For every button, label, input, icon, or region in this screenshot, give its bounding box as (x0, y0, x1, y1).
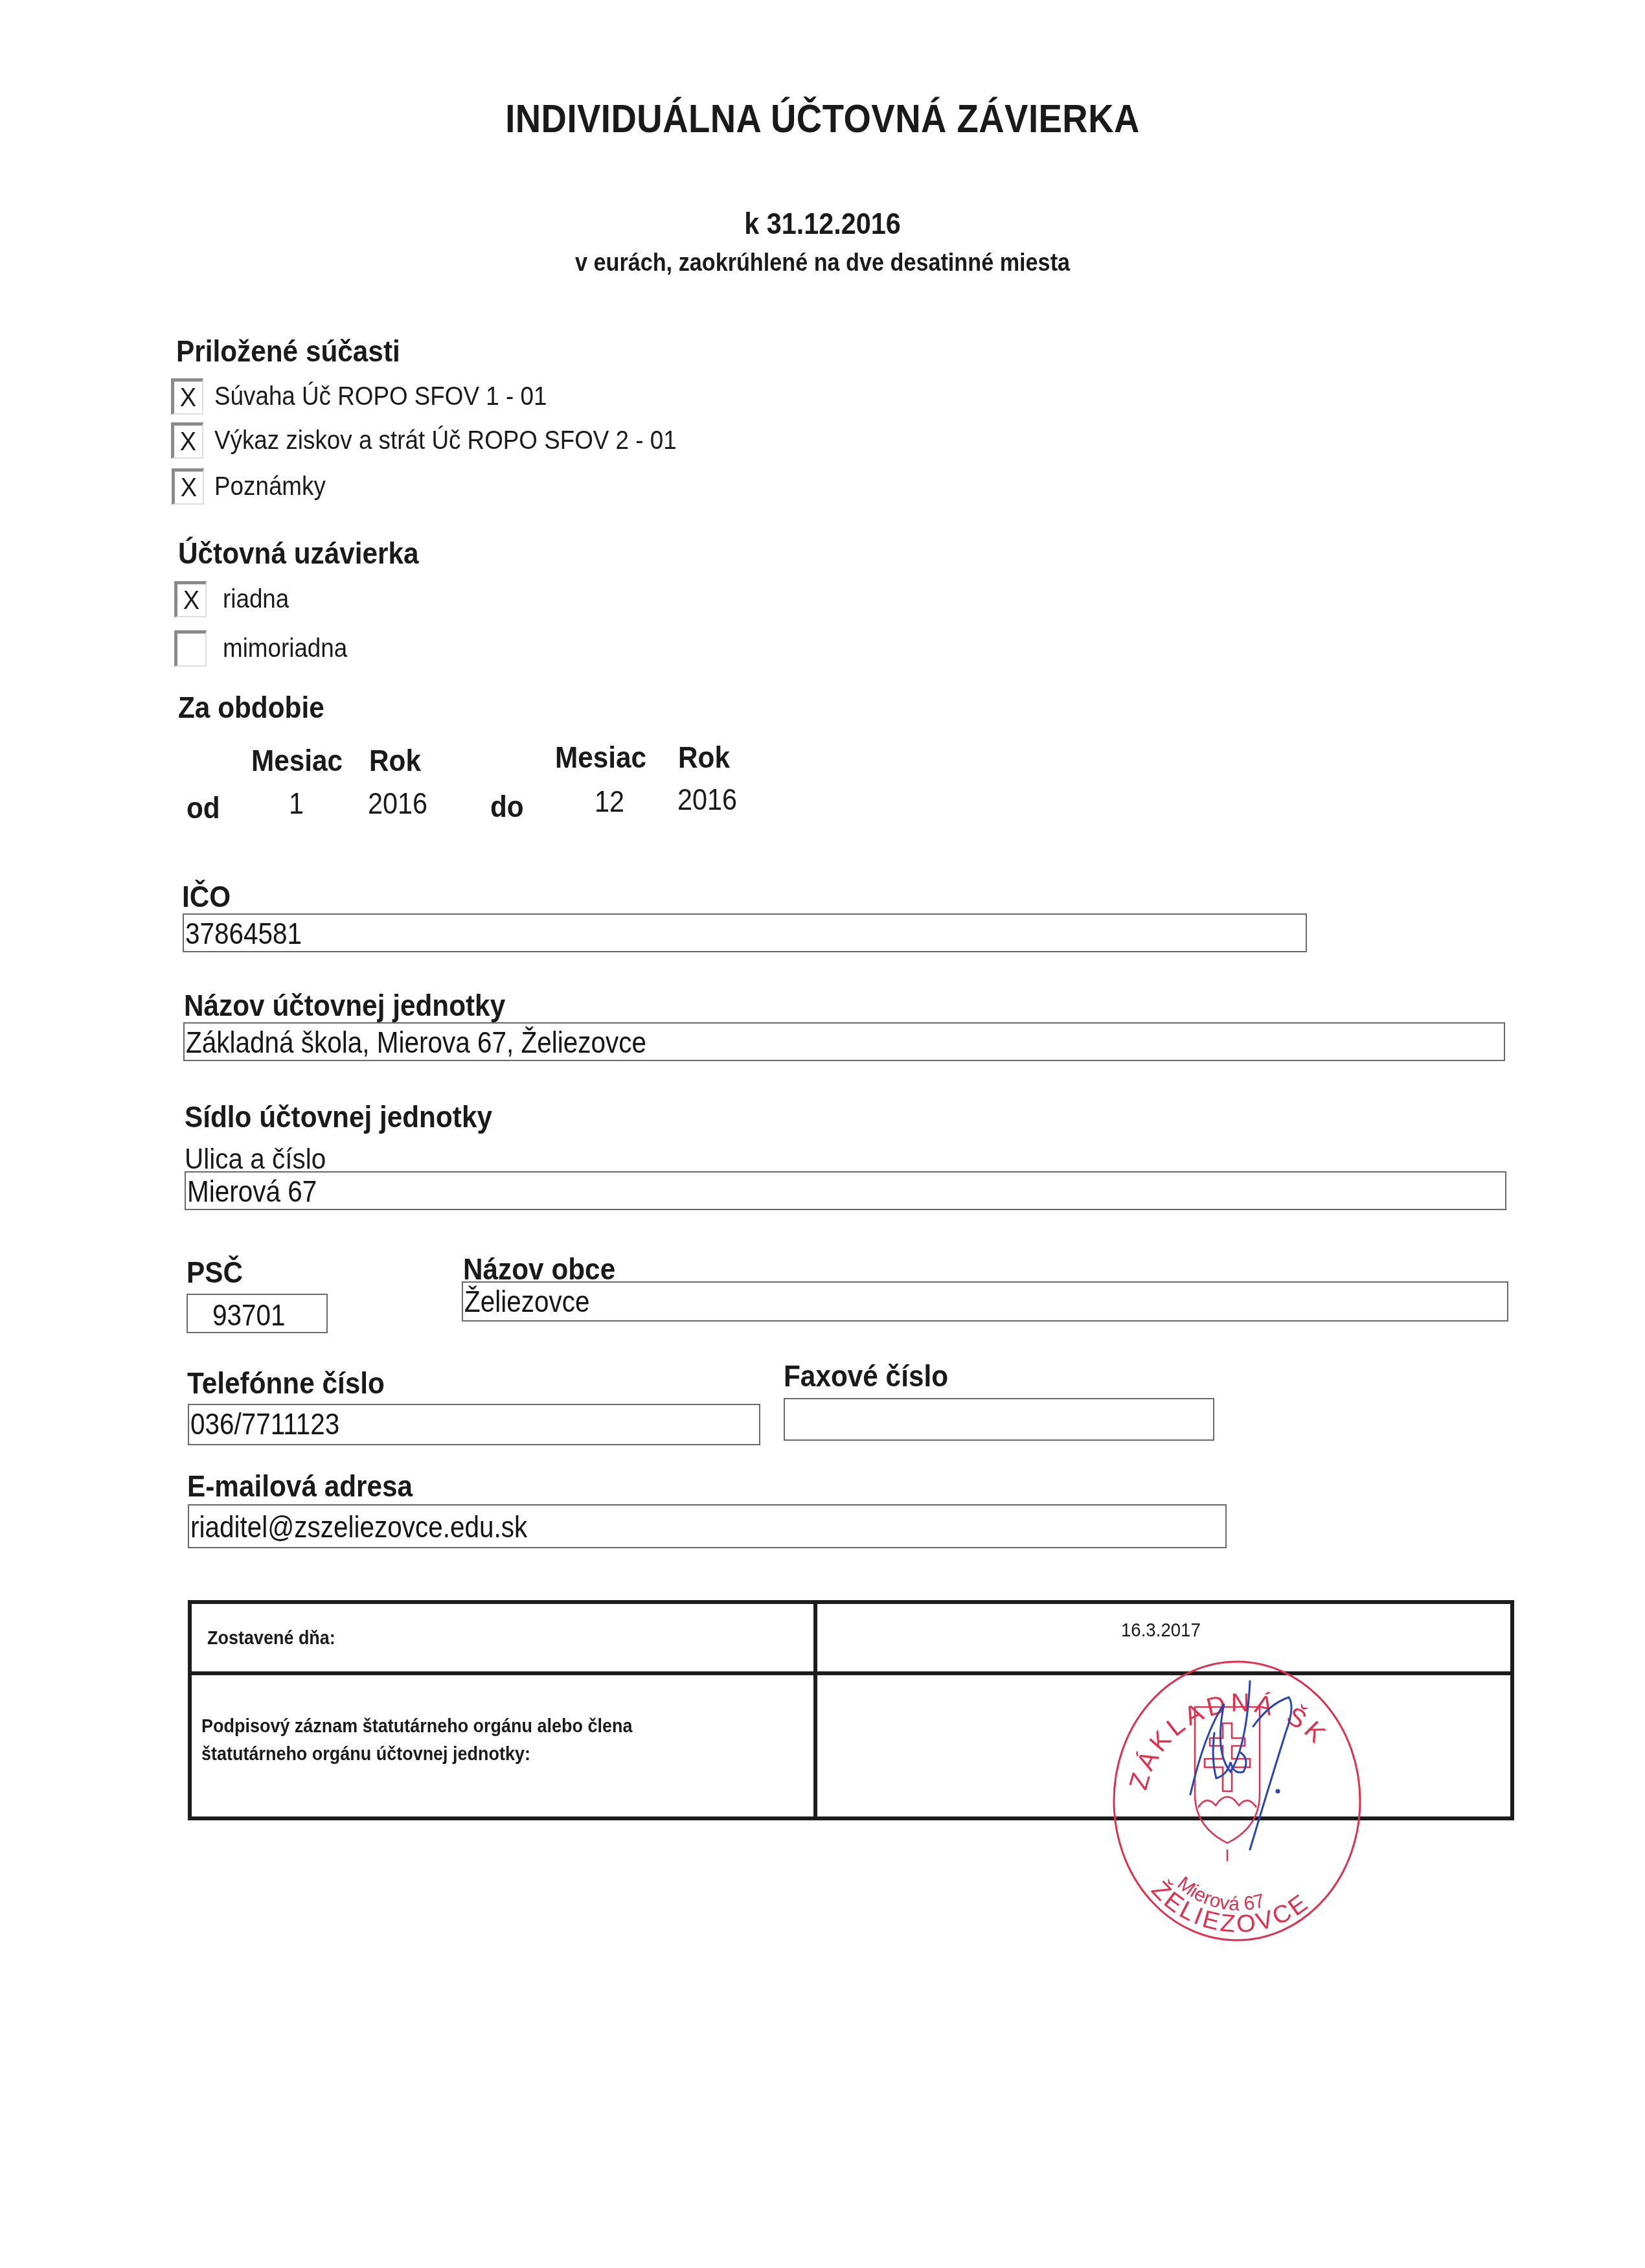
psc-value: 93701 (212, 1298, 286, 1333)
svg-text:Mierová 67: Mierová 67 (1174, 1873, 1267, 1915)
from-year-value: 2016 (368, 786, 427, 821)
psc-label: PSČ (187, 1255, 243, 1290)
ico-field[interactable]: 37864581 (183, 913, 1307, 952)
to-month-value: 12 (595, 784, 624, 819)
attachment-checkbox[interactable]: X (171, 378, 203, 415)
svg-text:ŽELIEZOVCE: ŽELIEZOVCE (1146, 1875, 1315, 1938)
regular-checkbox[interactable]: X (174, 581, 207, 617)
attachments-heading: Priložené súčasti (176, 334, 400, 369)
from-year-label: Rok (369, 743, 421, 778)
stamp-city-text: ŽELIEZOVCE (1146, 1875, 1315, 1938)
attachment-checkbox[interactable]: X (171, 422, 203, 459)
from-label: od (187, 790, 220, 825)
column-divider (813, 1604, 817, 1816)
extraordinary-checkbox[interactable] (174, 630, 207, 667)
city-value: Želiezovce (464, 1284, 589, 1319)
entity-name-label: Názov účtovnej jednotky (184, 988, 505, 1023)
city-field[interactable]: Želiezovce (462, 1281, 1508, 1322)
psc-field[interactable]: 93701 (187, 1294, 328, 1333)
entity-name-field[interactable]: Základná škola, Mierova 67, Želiezovce (183, 1022, 1505, 1061)
fax-label: Faxové číslo (784, 1358, 948, 1393)
from-month-value: 1 (289, 786, 304, 821)
currency-note: v eurách, zaokrúhlené na dve desatinné m… (82, 249, 1563, 277)
fax-field[interactable] (784, 1398, 1214, 1441)
phone-field[interactable]: 036/7711123 (188, 1404, 760, 1445)
ico-value: 37864581 (185, 916, 302, 951)
to-month-label: Mesiac (555, 740, 646, 775)
attachment-label: Poznámky (214, 472, 326, 501)
entity-name-value: Základná škola, Mierova 67, Želiezovce (186, 1025, 646, 1060)
period-heading: Za obdobie (178, 690, 324, 725)
attachment-label: Výkaz ziskov a strát Úč ROPO SFOV 2 - 01 (214, 426, 677, 455)
email-value: riaditel@zszeliezovce.edu.sk (190, 1509, 527, 1544)
to-label: do (490, 789, 524, 824)
signature-label-line2: štatutárneho orgánu účtovnej jednotky: (201, 1741, 530, 1769)
document-title: INDIVIDUÁLNA ÚČTOVNÁ ZÁVIERKA (98, 96, 1546, 142)
attachment-label: Súvaha Úč ROPO SFOV 1 - 01 (214, 382, 547, 411)
compiled-label: Zostavené dňa: (207, 1625, 335, 1653)
signature-table: Zostavené dňa: 16.3.2017 Podpisový zázna… (188, 1600, 1514, 1820)
compiled-row (192, 1604, 1510, 1675)
email-field[interactable]: riaditel@zszeliezovce.edu.sk (188, 1504, 1227, 1548)
from-month-label: Mesiac (251, 743, 343, 778)
closing-type-heading: Účtovná uzávierka (178, 536, 419, 571)
seat-label: Sídlo účtovnej jednotky (185, 1099, 492, 1134)
attachment-checkbox[interactable]: X (172, 468, 204, 505)
phone-value: 036/7711123 (190, 1406, 339, 1441)
to-year-label: Rok (678, 740, 730, 775)
compiled-date: 16.3.2017 (1121, 1620, 1201, 1642)
street-value: Mierová 67 (187, 1174, 317, 1209)
as-of-date: k 31.12.2016 (82, 206, 1563, 241)
signature-label-line1: Podpisový záznam štatutárneho orgánu ale… (201, 1713, 632, 1741)
phone-label: Telefónne číslo (187, 1366, 385, 1401)
regular-label: riadna (223, 585, 289, 614)
extraordinary-label: mimoriadna (223, 634, 347, 663)
ico-label: IČO (182, 879, 231, 914)
stamp-street-text: Mierová 67 (1174, 1873, 1267, 1915)
street-field[interactable]: Mierová 67 (185, 1171, 1506, 1210)
to-year-value: 2016 (677, 782, 737, 817)
email-label: E-mailová adresa (187, 1469, 413, 1504)
